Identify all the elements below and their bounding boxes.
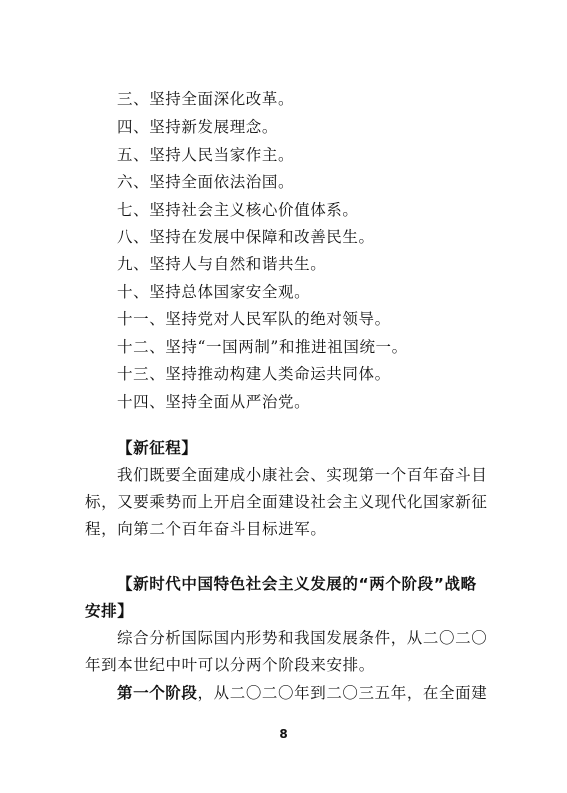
page-number: 8 — [0, 727, 567, 741]
list-item: 十四、坚持全面从严治党。 — [117, 392, 310, 412]
section-heading: 【新时代中国特色社会主义发展的“两个阶段”战略 — [117, 574, 477, 594]
list-item: 四、坚持新发展理念。 — [117, 117, 278, 137]
list-item: 八、坚持在发展中保障和改善民生。 — [117, 227, 375, 247]
list-item: 十一、坚持党对人民军队的绝对领导。 — [117, 309, 391, 329]
list-item: 十三、坚持推动构建人类命运共同体。 — [117, 364, 391, 384]
list-item: 六、坚持全面依法治国。 — [117, 172, 294, 192]
paragraph-line: 我们既要全面建成小康社会、实现第一个百年奋斗目 — [117, 465, 487, 485]
stage-text: ，从二〇二〇年到二〇三五年，在全面建 — [198, 684, 488, 702]
list-item: 五、坚持人民当家作主。 — [117, 145, 294, 165]
paragraph-line: 程，向第二个百年奋斗目标进军。 — [85, 519, 327, 539]
paragraph-line: 年到本世纪中叶可以分两个阶段来安排。 — [85, 655, 375, 675]
list-item: 十二、坚持“一国两制”和推进祖国统一。 — [117, 337, 408, 357]
list-item: 十、坚持总体国家安全观。 — [117, 282, 310, 302]
paragraph-line: 综合分析国际国内形势和我国发展条件，从二〇二〇 — [117, 628, 487, 648]
paragraph-line: 第一个阶段，从二〇二〇年到二〇三五年，在全面建 — [117, 683, 487, 703]
list-item: 三、坚持全面深化改革。 — [117, 89, 294, 109]
list-item: 七、坚持社会主义核心价值体系。 — [117, 200, 359, 220]
paragraph-line: 标，又要乘势而上开启全面建设社会主义现代化国家新征 — [85, 492, 488, 512]
stage-label: 第一个阶段 — [117, 684, 198, 702]
list-item: 九、坚持人与自然和谐共生。 — [117, 254, 326, 274]
section-heading: 安排】 — [85, 601, 133, 621]
section-heading: 【新征程】 — [117, 438, 198, 458]
